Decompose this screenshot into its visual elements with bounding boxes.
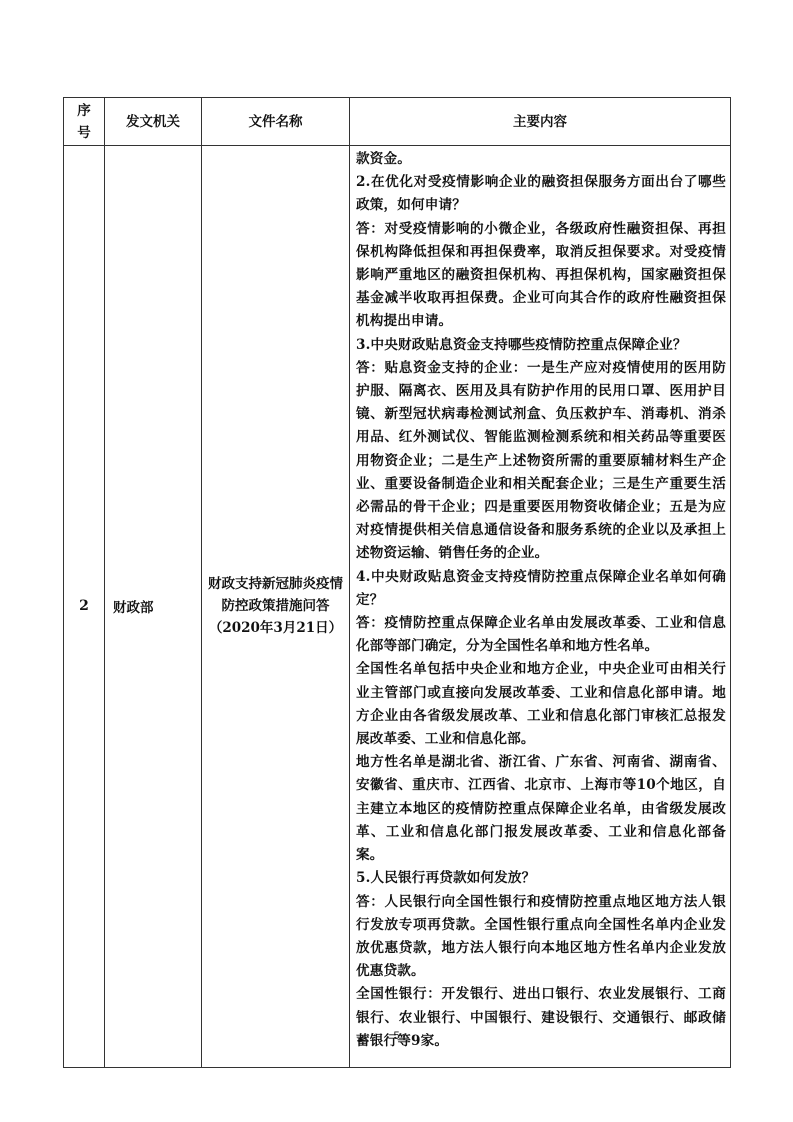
row-document-name: 财政支持新冠肺炎疫情防控政策措施问答 （2020年3月21日） bbox=[202, 146, 350, 1068]
content-paragraph: 款资金。 bbox=[356, 148, 726, 171]
header-issuer: 发文机关 bbox=[105, 98, 202, 146]
question-5: 5.人民银行再贷款如何发放？ bbox=[356, 867, 726, 890]
document-date: （2020年3月21日） bbox=[202, 617, 349, 639]
answer-4-local-list: 地方性名单是湖北省、浙江省、广东省、河南省、湖南省、安徽省、重庆市、江西省、北京… bbox=[356, 751, 726, 867]
table-header-row: 序号 发文机关 文件名称 主要内容 bbox=[64, 98, 731, 146]
answer-2: 答：对受疫情影响的小微企业，各级政府性融资担保、再担保机构降低担保和再担保费率，… bbox=[356, 218, 726, 334]
document-title: 财政支持新冠肺炎疫情防控政策措施问答 bbox=[202, 573, 349, 617]
answer-4: 答：疫情防控重点保障企业名单由发展改革委、工业和信息化部等部门确定，分为全国性名… bbox=[356, 612, 726, 658]
table-row: 2 财政部 财政支持新冠肺炎疫情防控政策措施问答 （2020年3月21日） 款资… bbox=[64, 146, 731, 1068]
header-document-name: 文件名称 bbox=[202, 98, 350, 146]
question-4: 4.中央财政贴息资金支持疫情防控重点保障企业名单如何确定？ bbox=[356, 566, 726, 612]
page-number: 5 bbox=[0, 1030, 793, 1042]
question-2: 2.在优化对受疫情影响企业的融资担保服务方面出台了哪些政策，如何申请？ bbox=[356, 171, 726, 217]
answer-5: 答：人民银行向全国性银行和疫情防控重点地区地方法人银行发放专项再贷款。全国性银行… bbox=[356, 891, 726, 984]
answer-3: 答：贴息资金支持的企业：一是生产应对疫情使用的医用防护服、隔离衣、医用及具有防护… bbox=[356, 357, 726, 566]
answer-4-national-list: 全国性名单包括中央企业和地方企业，中央企业可由相关行业主管部门或直接向发展改革委… bbox=[356, 658, 726, 751]
question-3: 3.中央财政贴息资金支持哪些疫情防控重点保障企业？ bbox=[356, 334, 726, 357]
header-serial-no: 序号 bbox=[64, 98, 105, 146]
header-main-content: 主要内容 bbox=[350, 98, 731, 146]
answer-5-national-banks: 全国性银行：开发银行、进出口银行、农业发展银行、工商银行、农业银行、中国银行、建… bbox=[356, 983, 726, 1053]
row-main-content: 款资金。 2.在优化对受疫情影响企业的融资担保服务方面出台了哪些政策，如何申请？… bbox=[350, 146, 731, 1068]
row-serial-no: 2 bbox=[64, 146, 105, 1068]
policy-table: 序号 发文机关 文件名称 主要内容 2 财政部 财政支持新冠肺炎疫情防控政策措施… bbox=[63, 97, 731, 1068]
row-issuer: 财政部 bbox=[105, 146, 202, 1068]
